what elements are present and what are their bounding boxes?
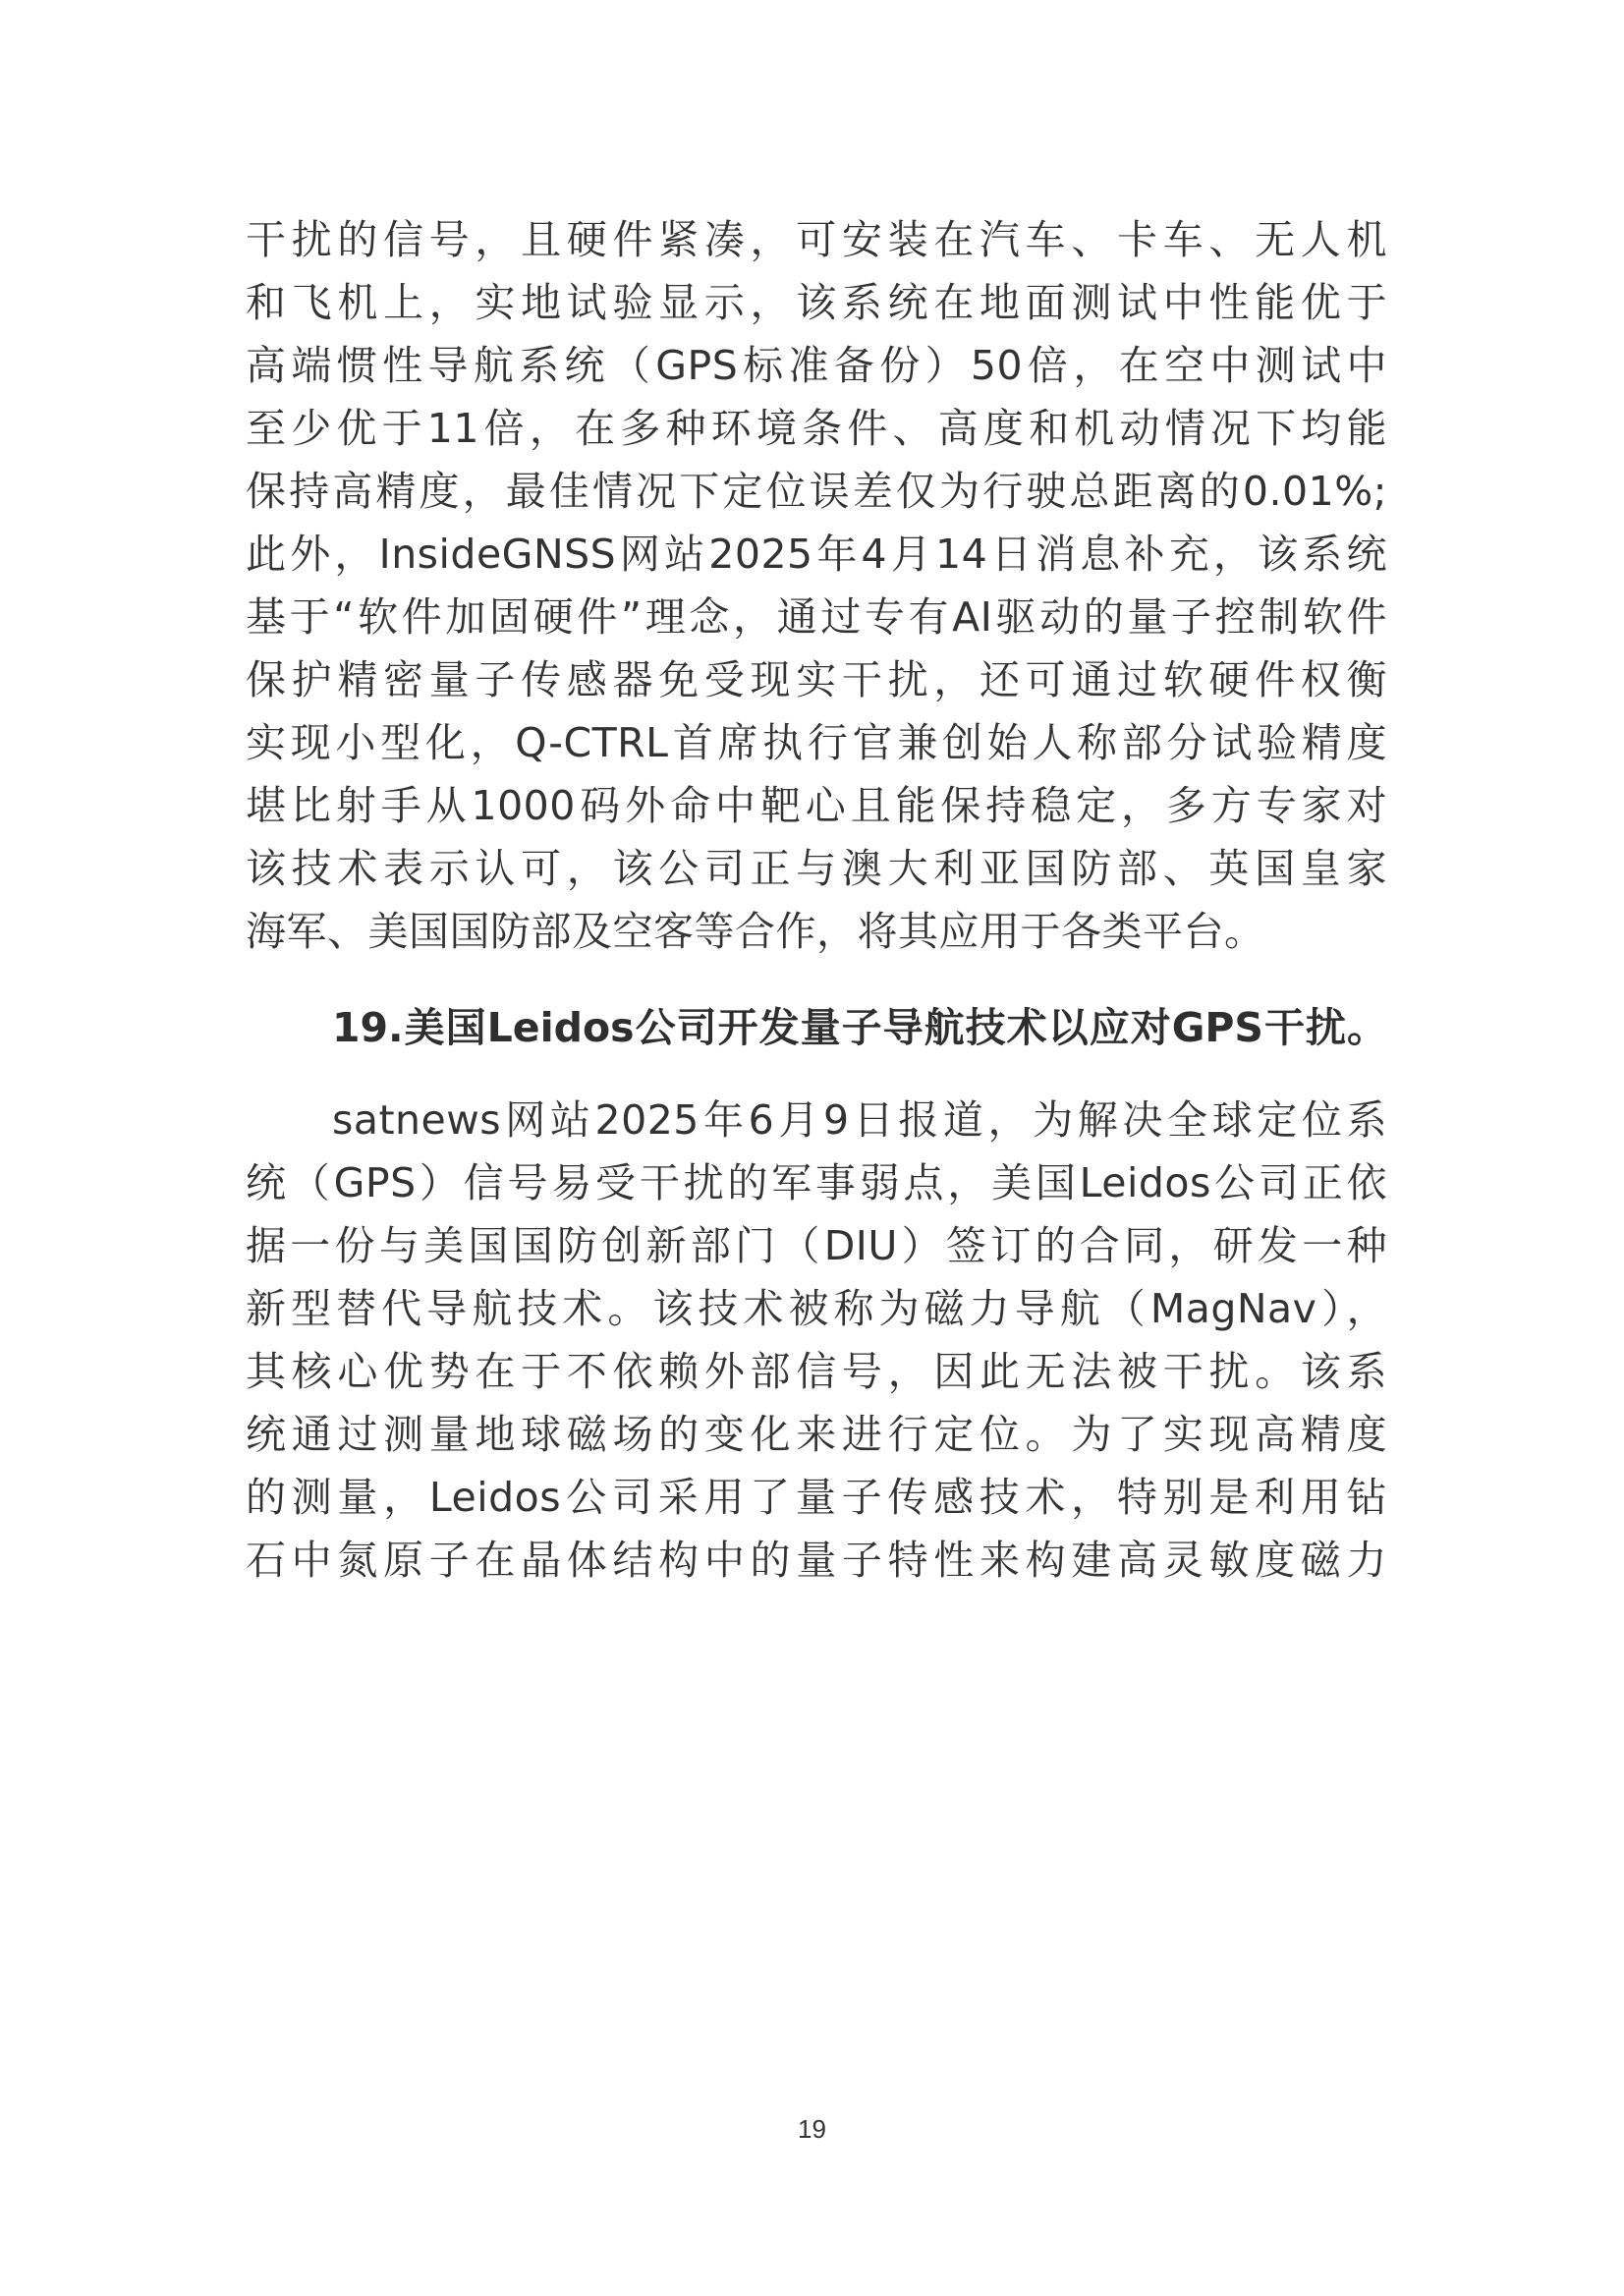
text-line: 高端惯性导航系统（GPS标准备份）50倍，在空中测试中 xyxy=(246,334,1387,397)
text-line: 保持高精度，最佳情况下定位误差仅为行驶总距离的0.01%; xyxy=(246,460,1387,523)
page-body: 干扰的信号，且硬件紧凑，可安装在汽车、卡车、无人机 和飞机上，实地试验显示，该系… xyxy=(246,208,1387,1592)
text-line: 和飞机上，实地试验显示，该系统在地面测试中性能优于 xyxy=(246,271,1387,334)
text-line: 基于“软件加固硬件”理念，通过专有AI驱动的量子控制软件 xyxy=(246,586,1387,648)
text-line: 统通过测量地球磁场的变化来进行定位。为了实现高精度 xyxy=(246,1403,1387,1466)
text-line: 石中氮原子在晶体结构中的量子特性来构建高灵敏度磁力 xyxy=(246,1529,1387,1592)
text-line: 的测量，Leidos公司采用了量子传感技术，特别是利用钻 xyxy=(246,1466,1387,1529)
text-line: 至少优于11倍，在多种环境条件、高度和机动情况下均能 xyxy=(246,397,1387,460)
text-line: 保护精密量子传感器免受现实干扰，还可通过软硬件权衡 xyxy=(246,648,1387,711)
paragraph-quantum-navigation-continued: 干扰的信号，且硬件紧凑，可安装在汽车、卡车、无人机 和飞机上，实地试验显示，该系… xyxy=(246,208,1387,963)
text-line: 堪比射手从1000码外命中靶心且能保持稳定，多方专家对 xyxy=(246,774,1387,837)
page-number: 19 xyxy=(0,2114,1624,2145)
section-heading: 19.美国Leidos公司开发量子导航技术以应对GPS干扰。 xyxy=(246,996,1387,1059)
text-line: 海军、美国国防部及空客等合作，将其应用于各类平台。 xyxy=(246,900,1387,963)
text-line: 统（GPS）信号易受干扰的军事弱点，美国Leidos公司正依 xyxy=(246,1151,1387,1214)
text-line: 干扰的信号，且硬件紧凑，可安装在汽车、卡车、无人机 xyxy=(246,208,1387,271)
text-line: 据一份与美国国防创新部门（DIU）签订的合同，研发一种 xyxy=(246,1214,1387,1277)
text-line: 其核心优势在于不依赖外部信号，因此无法被干扰。该系 xyxy=(246,1340,1387,1403)
paragraph-leidos-magnav: satnews网站2025年6月9日报道，为解决全球定位系 统（GPS）信号易受… xyxy=(246,1089,1387,1592)
text-line: 新型替代导航技术。该技术被称为磁力导航（MagNav）， xyxy=(246,1277,1387,1340)
text-line: satnews网站2025年6月9日报道，为解决全球定位系 xyxy=(246,1089,1387,1151)
text-line: 该技术表示认可，该公司正与澳大利亚国防部、英国皇家 xyxy=(246,837,1387,900)
text-line: 此外，InsideGNSS网站2025年4月14日消息补充，该系统 xyxy=(246,523,1387,586)
text-line: 实现小型化，Q-CTRL首席执行官兼创始人称部分试验精度 xyxy=(246,711,1387,774)
